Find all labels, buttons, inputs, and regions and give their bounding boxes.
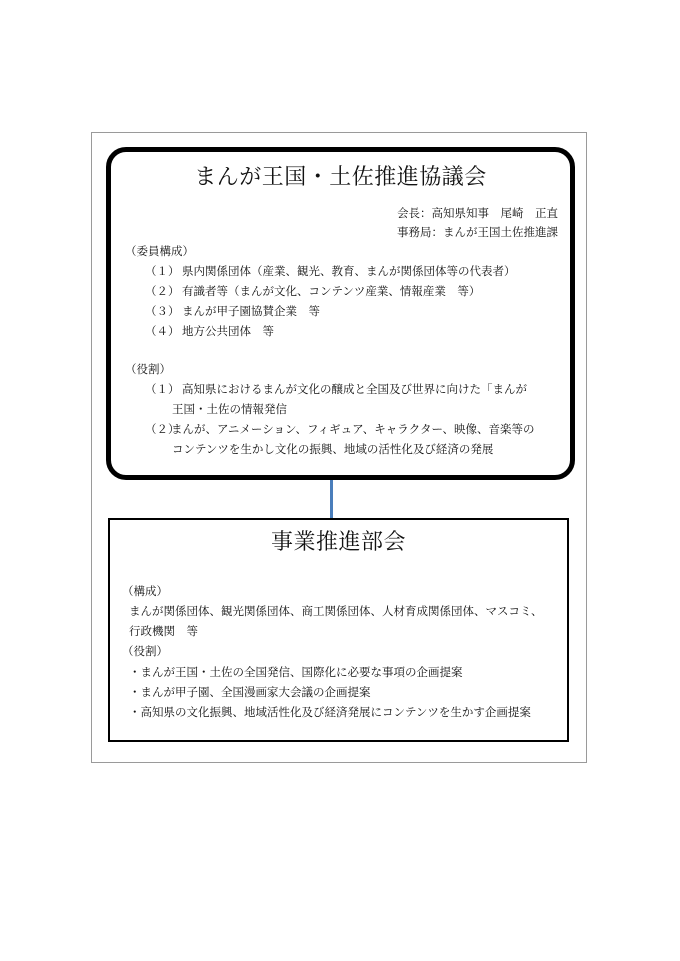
division-box: 事業推進部会 （構成） まんが関係団体、観光関係団体、商工関係団体、人材育成関係…: [108, 518, 569, 742]
role-text: まんが、アニメーション、フィギュア、キャラクター、映像、音楽等の: [171, 422, 535, 436]
member-item: （１）県内関係団体（産業、観光、教育、まんが関係団体等の代表者）: [145, 264, 516, 278]
member-item: （２）有識者等（まんが文化、コンテンツ産業、情報産業 等）: [145, 284, 480, 298]
role-text: 高知県におけるまんが文化の醸成と全国及び世界に向けた「まんが: [182, 382, 527, 396]
council-box: まんが王国・土佐推進協議会 会長：高知県知事 尾崎 正直 事務局：まんが王国土佐…: [106, 147, 575, 480]
role-item-2-line1: （２）まんが、アニメーション、フィギュア、キャラクター、映像、音楽等の: [145, 422, 535, 436]
member-number: （３）: [145, 304, 182, 318]
member-text: 地方公共団体 等: [182, 324, 274, 338]
member-text: 県内関係団体（産業、観光、教育、まんが関係団体等の代表者）: [182, 264, 516, 278]
role-item-1-line1: （１）高知県におけるまんが文化の醸成と全国及び世界に向けた「まんが: [145, 382, 527, 396]
members-heading: （委員構成）: [125, 244, 194, 258]
role-number: （２）: [145, 422, 171, 436]
role-number: （１）: [145, 382, 182, 396]
council-title: まんが王国・土佐推進協議会: [111, 165, 570, 191]
member-item: （３）まんが甲子園協賛企業 等: [145, 304, 320, 318]
council-chair: 会長：高知県知事 尾崎 正直: [397, 206, 558, 220]
composition-line-1: まんが関係団体、観光関係団体、商工関係団体、人材育成関係団体、マスコミ、: [129, 604, 543, 618]
composition-line-2: 行政機関 等: [129, 624, 198, 638]
division-role-item: ・まんが王国・土佐の全国発信、国際化に必要な事項の企画提案: [129, 665, 463, 679]
member-number: （１）: [145, 264, 182, 278]
division-role-item: ・まんが甲子園、全国漫画家大会議の企画提案: [129, 685, 371, 699]
member-text: まんが甲子園協賛企業 等: [182, 304, 320, 318]
member-item: （４）地方公共団体 等: [145, 324, 274, 338]
role-item-2-line2: コンテンツを生かし文化の振興、地域の活性化及び経済の発展: [172, 442, 493, 456]
division-role-item: ・高知県の文化振興、地域活性化及び経済発展にコンテンツを生かす企画提案: [129, 705, 531, 719]
connector-line: [330, 480, 333, 519]
roles-heading: （役割）: [125, 362, 171, 376]
division-roles-heading: （役割）: [122, 644, 168, 658]
council-secretariat: 事務局：まんが王国土佐推進課: [397, 225, 558, 239]
composition-heading: （構成）: [122, 584, 168, 598]
role-item-1-line2: 王国・土佐の情報発信: [172, 402, 287, 416]
division-title: 事業推進部会: [110, 530, 567, 556]
member-text: 有識者等（まんが文化、コンテンツ産業、情報産業 等）: [182, 284, 480, 298]
member-number: （２）: [145, 284, 182, 298]
member-number: （４）: [145, 324, 182, 338]
